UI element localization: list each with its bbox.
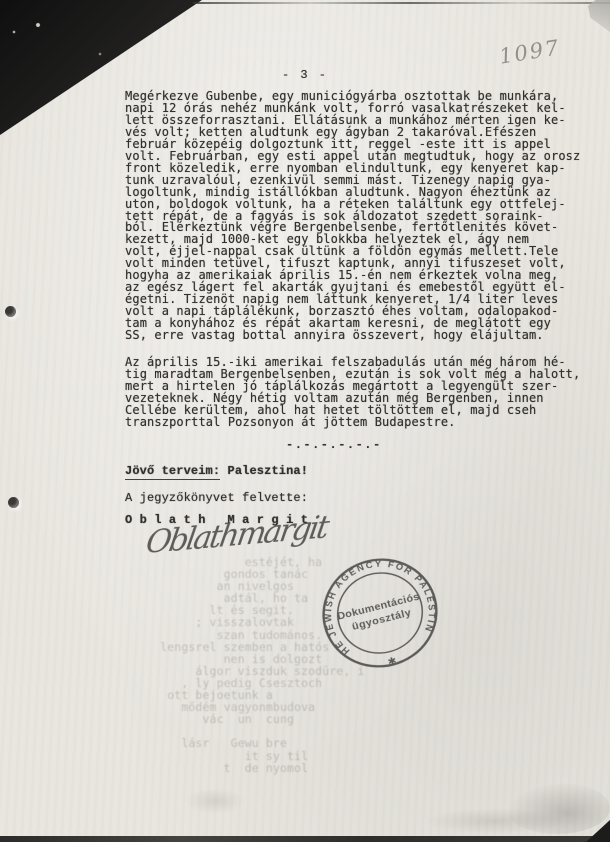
handwritten-archive-number: 1097: [498, 35, 562, 68]
stamp-star-icon: ✱: [387, 656, 398, 668]
scan-corner-mark-top-right: [588, 0, 610, 32]
scan-smudge-bottom-left: [185, 788, 245, 814]
future-plans-value: Palesztina!: [228, 464, 309, 478]
body-paragraph-2: Az április 15.-iki amerikai felszabadulá…: [125, 357, 580, 429]
spacer: [220, 464, 227, 478]
body-paragraph-1: Megérkezve Gubenbe, egy municiógyárba os…: [125, 91, 580, 342]
scan-edge-band-bottom: [0, 836, 610, 842]
punch-hole-upper: [5, 306, 16, 317]
recorder-caption: A jegyzőkönyvet felvette:: [125, 493, 308, 505]
typed-separator: -.-.-.-.-.-: [286, 440, 382, 452]
scan-smudge-bottom-right: [505, 782, 610, 834]
page-number: - 3 -: [282, 70, 328, 82]
future-plans-label: Jövő terveim:: [125, 464, 220, 480]
future-plans-line: Jövő terveim: Palesztina!: [125, 466, 308, 478]
scanned-document-page: 1097 - 3 - Megérkezve Gubenbe, egy munic…: [0, 0, 610, 842]
punch-hole-lower: [8, 497, 19, 508]
scan-smudge-bottom-center: [425, 808, 565, 834]
scan-edge-line-top: [193, 2, 610, 4]
